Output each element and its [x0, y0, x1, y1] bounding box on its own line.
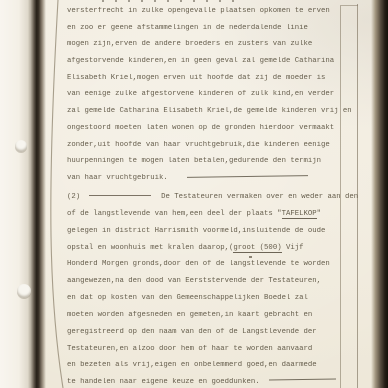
- text-line: en zoo er geene afstammelingen in de ned…: [67, 20, 367, 37]
- clause-number: (2): [67, 193, 80, 201]
- text-segment: of de langstlevende van hem,een deel der…: [67, 210, 282, 218]
- text-line: of de langstlevende van hem,een deel der…: [67, 206, 367, 223]
- paragraph-1: versterfrecht in zulke opengevalle plaat…: [67, 3, 367, 187]
- punch-hole: [15, 140, 27, 152]
- text-line: te handelen naar eigene keuze en goeddun…: [67, 374, 367, 388]
- dash-rule: [89, 195, 151, 196]
- text-line: afgestorvende kinderen,en in geen geval …: [67, 53, 367, 70]
- text-line: huurpenningen te mogen laten betalen,ged…: [67, 153, 367, 170]
- text-segment: De Testateuren vermaken over en weder aa…: [161, 193, 358, 201]
- text-line: opstal en woonhuis met kralen daarop,(gr…: [67, 240, 367, 257]
- text-line: geregistreerd op den naam van den of de …: [67, 324, 367, 341]
- top-edge-text-remnant: [102, 0, 244, 2]
- text-segment: opstal en woonhuis met kralen daarop,(: [67, 244, 233, 252]
- punch-hole: [17, 284, 31, 298]
- underlined-size: groot (500): [233, 244, 281, 253]
- paragraph-2: (2)De Testateuren vermaken over en weder…: [67, 189, 367, 388]
- text-line: zonder,uit hoofde van haar vruchtgebruik…: [67, 137, 367, 154]
- text-line: van haar vruchtgebruik.: [67, 170, 367, 187]
- text-segment: ": [317, 210, 321, 218]
- text-line: Testateuren,en alzoo door hem of haar te…: [67, 341, 367, 358]
- text-line: en dat op kosten van den Gemeenschappeli…: [67, 290, 367, 307]
- text-segment: Vijf: [282, 244, 304, 252]
- text-line: moeten worden afgesneden en gemeten,in k…: [67, 307, 367, 324]
- text-line: gelegen in district Harrismith voormeld,…: [67, 223, 367, 240]
- text-line: aangewezen,na den dood van Eerststervend…: [67, 273, 367, 290]
- text-line: Elisabeth Kriel,mogen erven uit hoofde d…: [67, 70, 367, 87]
- text-line: mogen zijn,erven de andere broeders en z…: [67, 36, 367, 53]
- text-line: Honderd Morgen gronds,door den of de lan…: [67, 256, 367, 273]
- text-line: versterfrecht in zulke opengevalle plaat…: [67, 3, 367, 20]
- underlined-farm-name: TAFELKOP: [282, 210, 317, 219]
- text-line: zal gemelde Catharina Elisabeth Kriel,de…: [67, 103, 367, 120]
- text-line: (2)De Testateuren vermaken over en weder…: [67, 189, 367, 206]
- text-line: en bezeten als vrij,eigen en onbelemmerd…: [67, 357, 367, 374]
- text-line: van eenige zulke afgestorvene kinderen o…: [67, 86, 367, 103]
- scanned-typewritten-page: versterfrecht in zulke opengevalle plaat…: [0, 0, 388, 388]
- text-line: ongestoord moeten laten wonen op de gron…: [67, 120, 367, 137]
